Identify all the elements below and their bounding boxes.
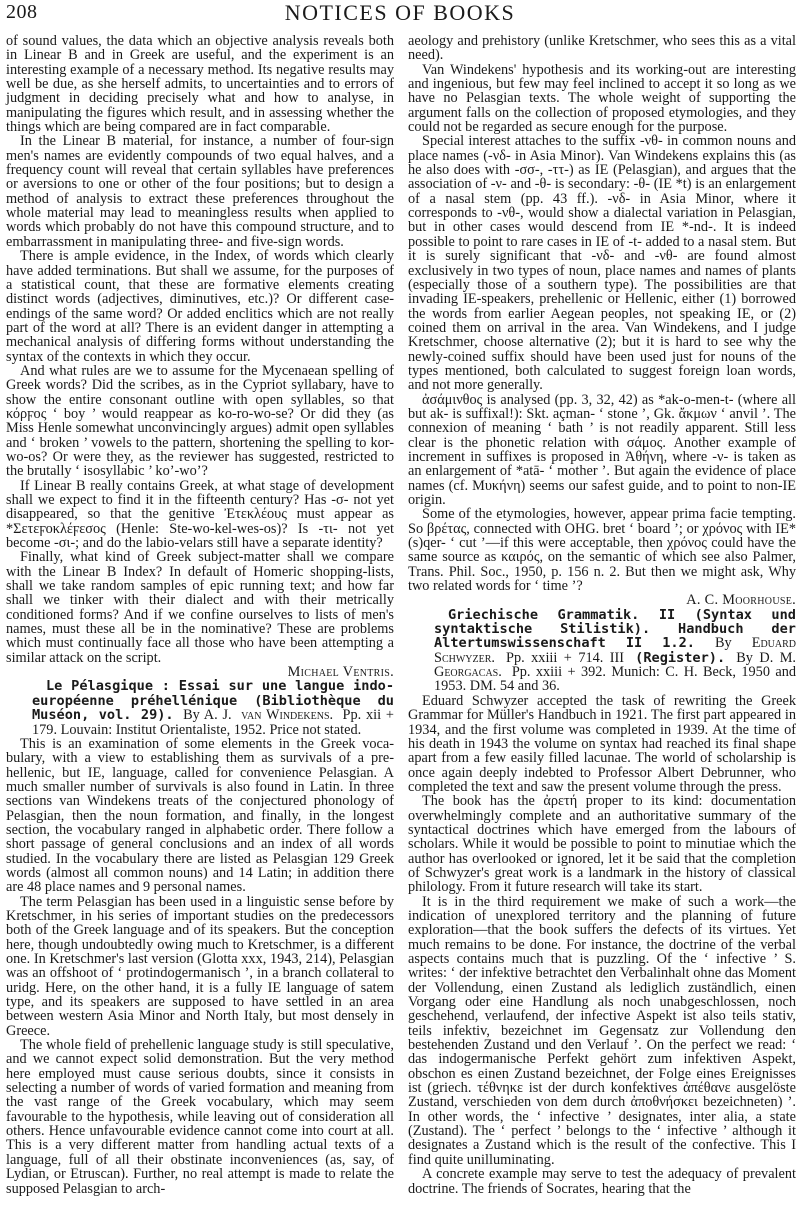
paragraph: A concrete example may serve to test the… xyxy=(408,1167,796,1196)
paragraph: aeology and prehistory (unlike Kretschme… xyxy=(408,34,796,63)
review-heading: Le Pélasgique : Essai sur une langue ind… xyxy=(6,679,394,736)
paragraph: Special interest attaches to the suffix … xyxy=(408,134,796,392)
journal-page: 208 NOTICES OF BOOKS of sound values, th… xyxy=(0,0,800,1231)
running-title: NOTICES OF BOOKS xyxy=(0,0,800,26)
paragraph: The term Pelasgian has been used in a li… xyxy=(6,895,394,1038)
reviewer-signature: A. C. Moorhouse. xyxy=(408,593,796,607)
reviewer-signature: Michael Ventris. xyxy=(6,665,394,679)
paragraph: Some of the etymologies, however, appear… xyxy=(408,507,796,593)
paragraph: Finally, what kind of Greek subject-matt… xyxy=(6,550,394,665)
paragraph: Eduard Schwyzer accepted the task of rew… xyxy=(408,694,796,794)
paragraph: If Linear B really contains Greek, at wh… xyxy=(6,479,394,551)
right-column: aeology and prehistory (unlike Kretschme… xyxy=(408,34,796,1196)
paragraph: And what rules are we to assume for the … xyxy=(6,364,394,479)
paragraph: In the Linear B material, for instance, … xyxy=(6,134,394,249)
page-header: 208 NOTICES OF BOOKS xyxy=(0,0,800,30)
paragraph: ἀσάμινθος is analysed (pp. 3, 32, 42) as… xyxy=(408,393,796,508)
left-column: of sound values, the data which an objec… xyxy=(6,34,394,1196)
paragraph: It is in the third requirement we make o… xyxy=(408,895,796,1168)
paragraph: This is an examination of some elements … xyxy=(6,737,394,895)
paragraph: The book has the ἀρετή proper to its kin… xyxy=(408,794,796,894)
paragraph: The whole field of prehellenic language … xyxy=(6,1038,394,1196)
paragraph: Van Windekens' hypothesis and its workin… xyxy=(408,63,796,135)
book-title: Griechische Grammatik. II (Syntax und sy… xyxy=(434,607,796,652)
review-heading: Griechische Grammatik. II (Syntax und sy… xyxy=(408,608,796,694)
paragraph: of sound values, the data which an objec… xyxy=(6,34,394,134)
paragraph: There is ample evidence, in the Index, o… xyxy=(6,249,394,364)
